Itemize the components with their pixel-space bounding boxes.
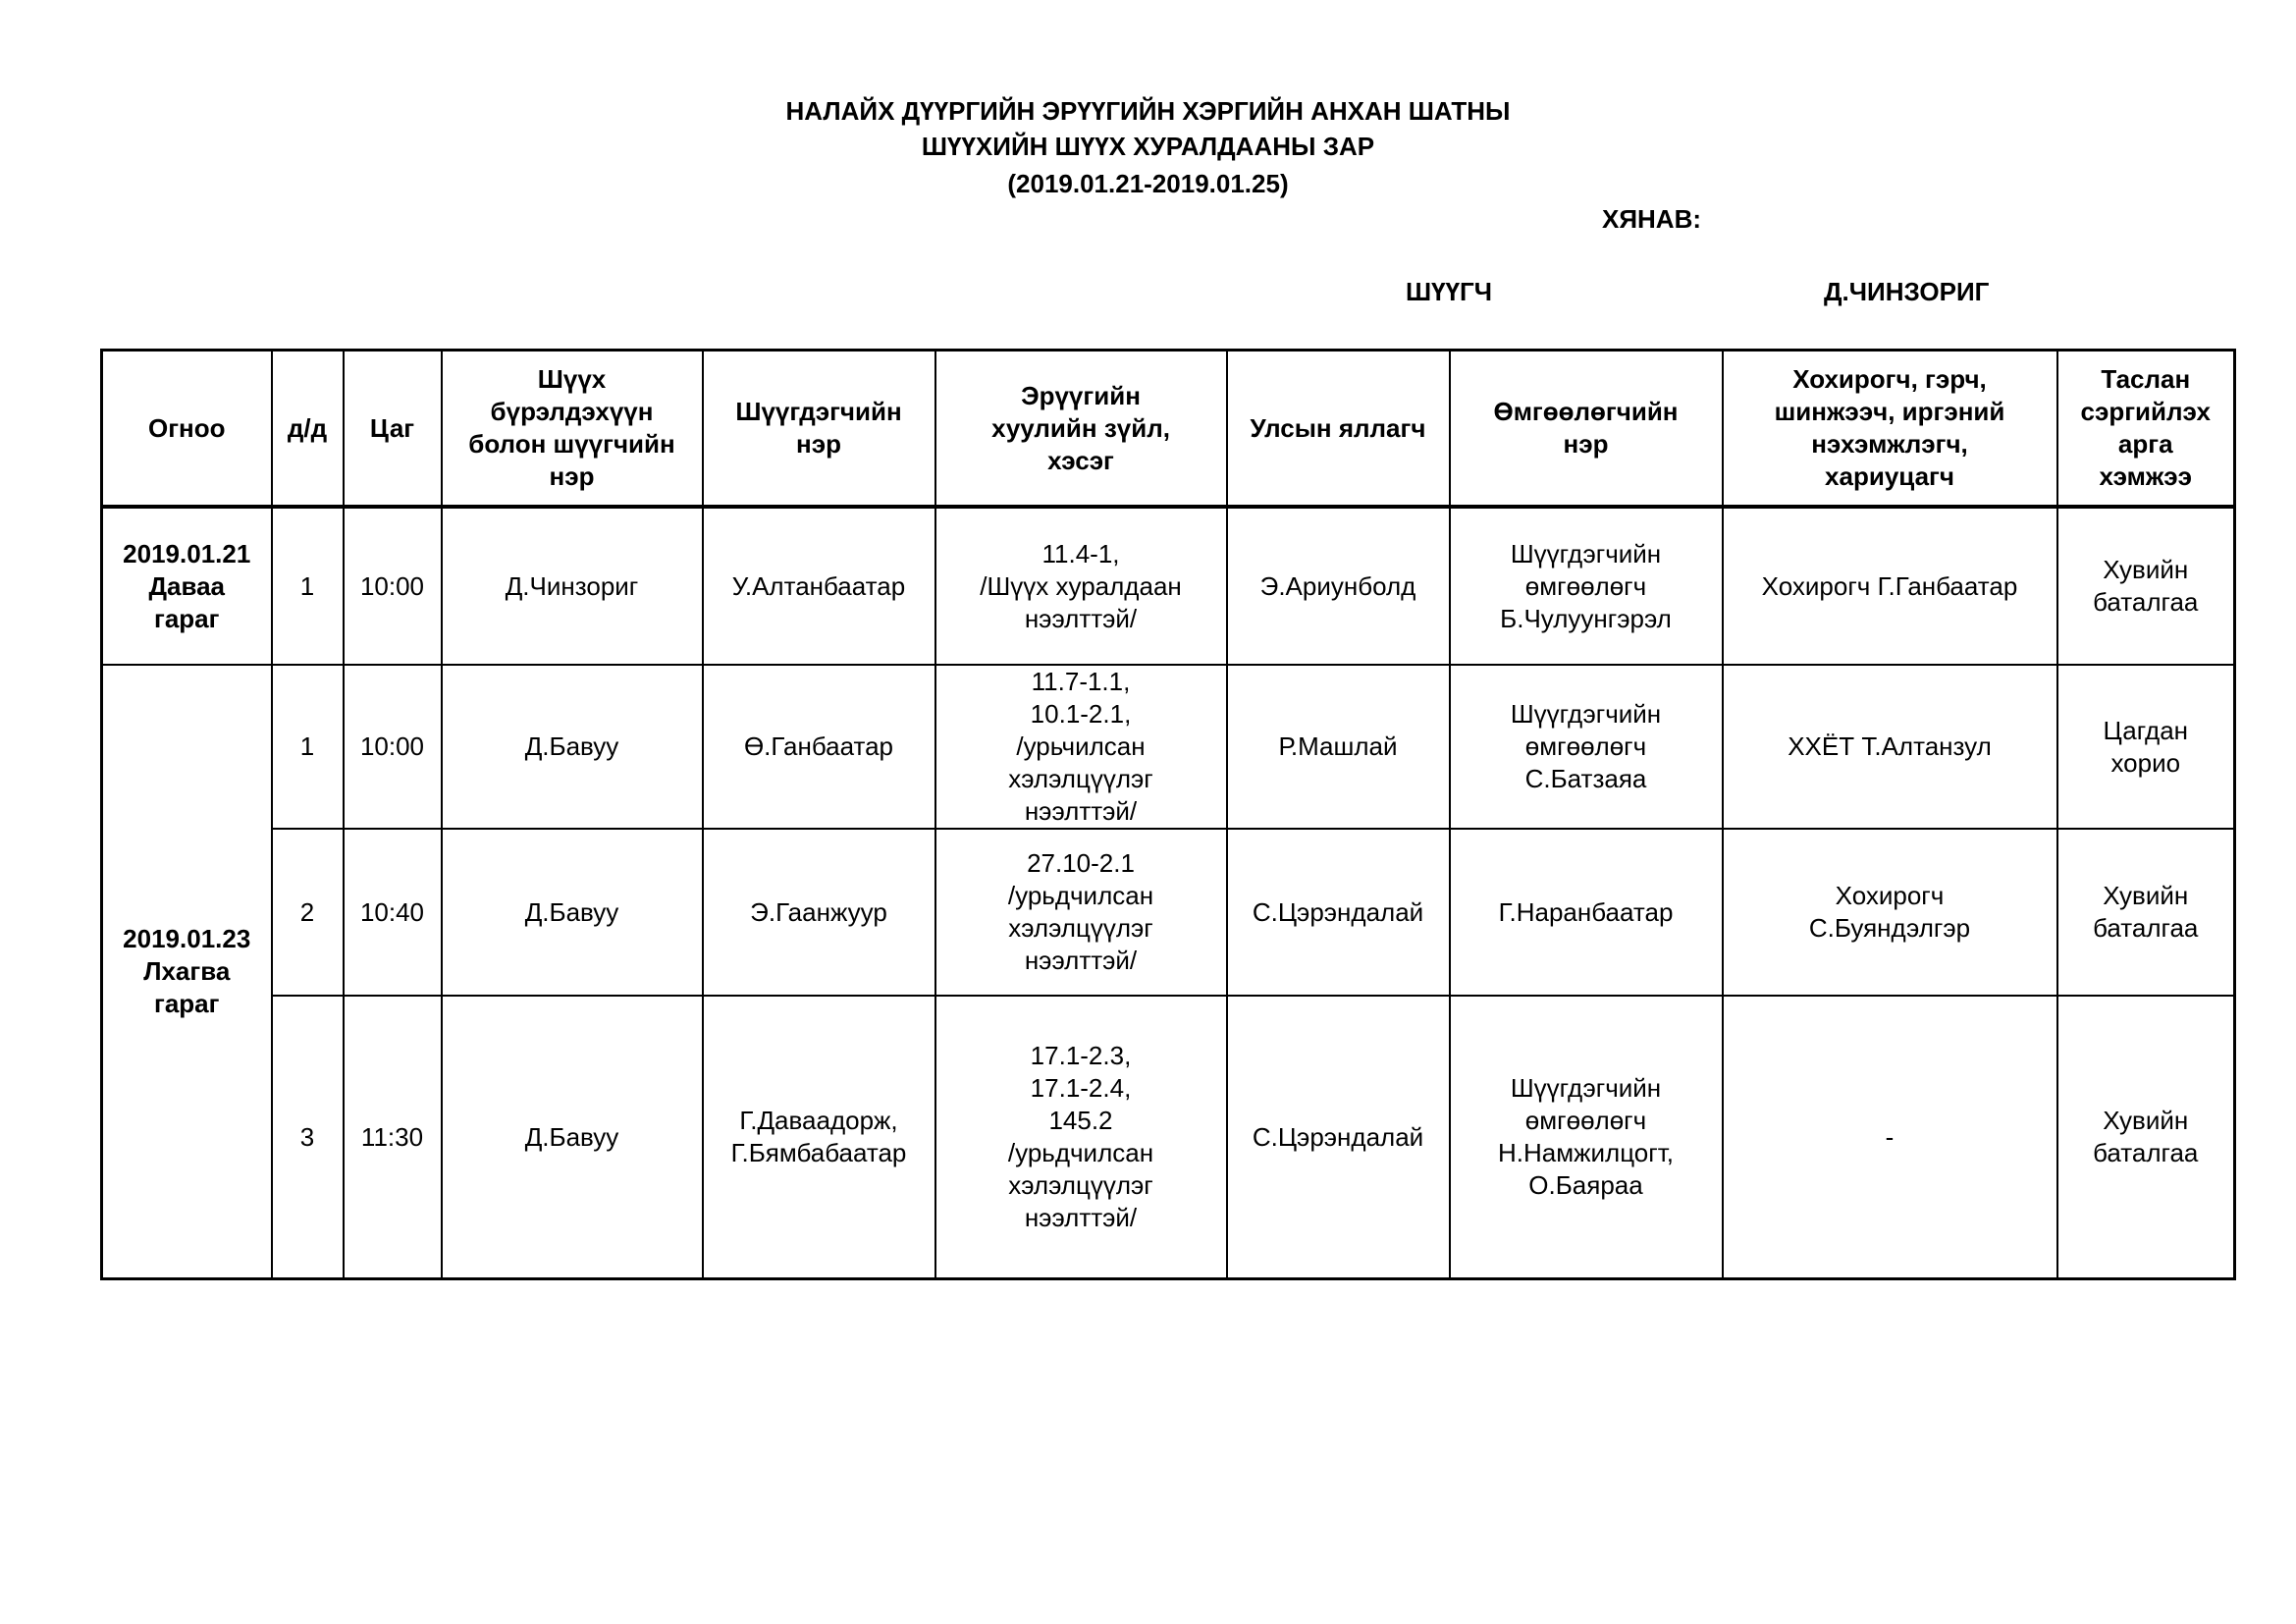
column-header-measure: Таслан сэргийлэх арга хэмжээ [2057,351,2235,508]
number-cell: 1 [272,665,344,829]
time-cell: 10:00 [344,665,442,829]
victim-cell: Хохирогч С.Буяндэлгэр [1723,829,2057,996]
column-header-lawyer: Өмгөөлөгчийн нэр [1450,351,1723,508]
lawyer-cell: Шүүгдэгчийн өмгөөлөгч Н.Намжилцогт, О.Ба… [1450,996,1723,1279]
column-header-victim: Хохирогч, гэрч, шинжээч, иргэний нэхэмжл… [1723,351,2057,508]
column-header-date: Огноо [102,351,272,508]
document-title-line2: ШҮҮХИЙН ШҮҮХ ХУРАЛДААНЫ ЗАР [0,130,2296,163]
prosecutor-cell: С.Цэрэндалай [1227,996,1450,1279]
article-cell: 11.7-1.1, 10.1-2.1, /урьчилсан хэлэлцүүл… [935,665,1227,829]
table-row: 2 10:40 Д.Бавуу Э.Гаанжуур 27.10-2.1 /ур… [102,829,2235,996]
column-header-judge: Шүүх бүрэлдэхүүн болон шүүгчийн нэр [442,351,703,508]
article-cell: 17.1-2.3, 17.1-2.4, 145.2 /урьдчилсан хэ… [935,996,1227,1279]
prosecutor-cell: Р.Машлай [1227,665,1450,829]
time-cell: 11:30 [344,996,442,1279]
table-header-row: Огноо д/д Цаг Шүүх бүрэлдэхүүн болон шүү… [102,351,2235,508]
judge-name: Д.ЧИНЗОРИГ [1824,277,1989,307]
column-header-time: Цаг [344,351,442,508]
article-cell: 27.10-2.1 /урьдчилсан хэлэлцүүлэг нээлтт… [935,829,1227,996]
victim-cell: ХХЁТ Т.Алтанзул [1723,665,2057,829]
prosecutor-cell: С.Цэрэндалай [1227,829,1450,996]
time-cell: 10:40 [344,829,442,996]
number-cell: 1 [272,507,344,665]
defendant-cell: Ө.Ганбаатар [703,665,935,829]
column-header-article: Эрүүгийн хуулийн зүйл, хэсэг [935,351,1227,508]
measure-cell: Хувийн баталгаа [2057,829,2235,996]
document-period: (2019.01.21-2019.01.25) [0,167,2296,200]
document-title-line1: НАЛАЙХ ДҮҮРГИЙН ЭРҮҮГИЙН ХЭРГИЙН АНХАН Ш… [0,94,2296,128]
judge-cell: Д.Бавуу [442,829,703,996]
defendant-cell: Э.Гаанжуур [703,829,935,996]
judge-cell: Д.Бавуу [442,996,703,1279]
column-header-prosecutor: Улсын яллагч [1227,351,1450,508]
date-cell: 2019.01.21 Даваа гараг [102,507,272,665]
lawyer-cell: Г.Наранбаатар [1450,829,1723,996]
time-cell: 10:00 [344,507,442,665]
approve-label: ХЯНАВ: [1602,204,1701,235]
hearing-schedule-table: Огноо д/д Цаг Шүүх бүрэлдэхүүн болон шүү… [100,349,2236,1280]
table-row: 2019.01.23 Лхагва гараг 1 10:00 Д.Бавуу … [102,665,2235,829]
victim-cell: - [1723,996,2057,1279]
date-cell: 2019.01.23 Лхагва гараг [102,665,272,1279]
judge-cell: Д.Чинзориг [442,507,703,665]
measure-cell: Хувийн баталгаа [2057,996,2235,1279]
judge-label: ШҮҮГЧ [1406,277,1492,307]
judge-cell: Д.Бавуу [442,665,703,829]
number-cell: 2 [272,829,344,996]
lawyer-cell: Шүүгдэгчийн өмгөөлөгч Б.Чулуунгэрэл [1450,507,1723,665]
measure-cell: Цагдан хорио [2057,665,2235,829]
column-header-number: д/д [272,351,344,508]
column-header-defendant: Шүүгдэгчийн нэр [703,351,935,508]
lawyer-cell: Шүүгдэгчийн өмгөөлөгч С.Батзаяа [1450,665,1723,829]
prosecutor-cell: Э.Ариунболд [1227,507,1450,665]
table-row: 3 11:30 Д.Бавуу Г.Даваадорж, Г.Бямбабаат… [102,996,2235,1279]
defendant-cell: Г.Даваадорж, Г.Бямбабаатар [703,996,935,1279]
defendant-cell: У.Алтанбаатар [703,507,935,665]
article-cell: 11.4-1, /Шүүх хуралдаан нээлттэй/ [935,507,1227,665]
number-cell: 3 [272,996,344,1279]
table-row: 2019.01.21 Даваа гараг 1 10:00 Д.Чинзори… [102,507,2235,665]
victim-cell: Хохирогч Г.Ганбаатар [1723,507,2057,665]
measure-cell: Хувийн баталгаа [2057,507,2235,665]
